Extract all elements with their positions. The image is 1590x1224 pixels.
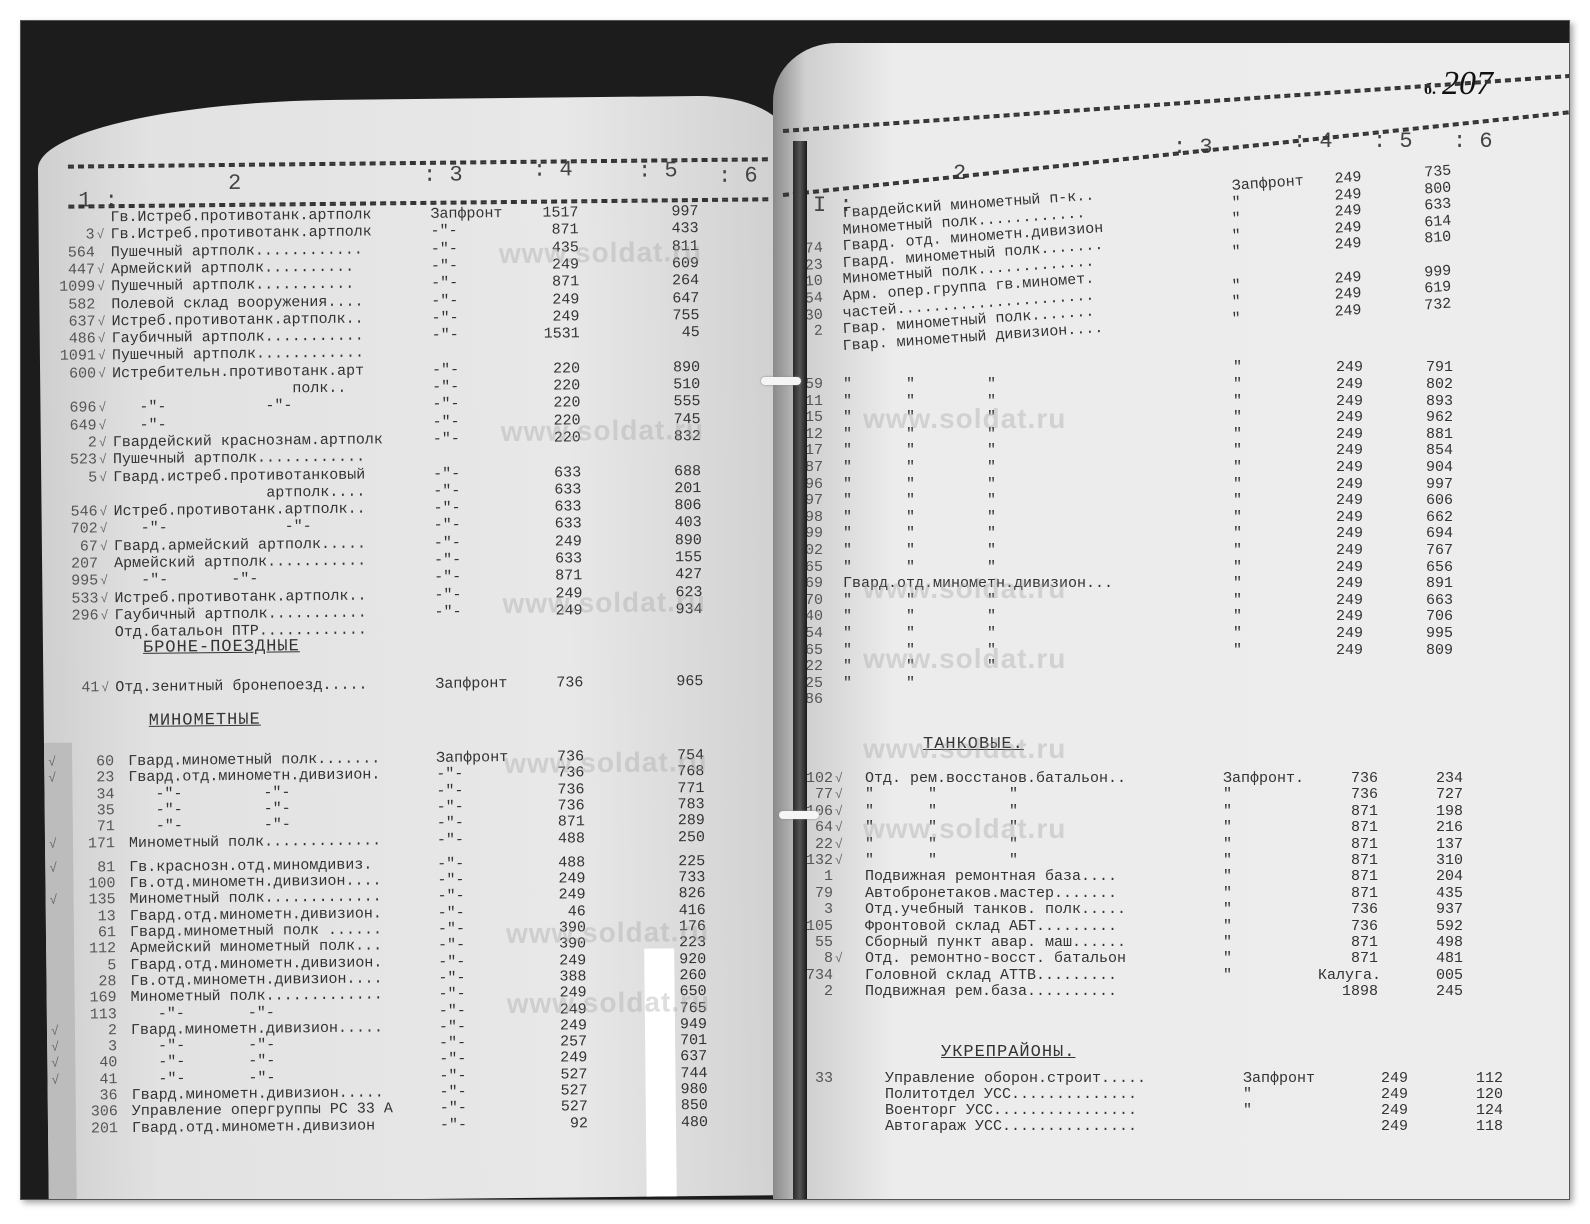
column-5-value: 250 — [645, 830, 705, 847]
column-4-value: 633 — [521, 482, 581, 499]
column-5-value: 416 — [646, 903, 706, 920]
column-5-value: 733 — [645, 870, 705, 887]
unit-name: Военторг УСС................ — [885, 1103, 1137, 1119]
column-5-value: 997 — [638, 204, 698, 221]
unit-name: Отд. рем.восстанов.батальон.. — [865, 771, 1126, 787]
table-row: 17" " ""249854 — [773, 443, 1570, 459]
unit-name: Подвижная рем.база.......... — [865, 984, 1117, 1000]
column-5-value: 791 — [1393, 360, 1453, 376]
check-mark: √ — [835, 787, 843, 803]
column-4-value: 871 — [1318, 886, 1378, 902]
location: Запфронт. — [1223, 771, 1304, 787]
col-header-4: : 4 — [533, 157, 573, 182]
section-title-tank: ТАНКОВЫЕ. — [923, 735, 1024, 754]
row-number: 77 — [783, 787, 833, 803]
unit-name: " " " — [843, 626, 996, 642]
location: -"- — [432, 328, 459, 344]
column-5-value: 980 — [648, 1082, 708, 1099]
column-5-value: 802 — [1393, 377, 1453, 393]
column-5-value: 264 — [639, 273, 699, 290]
location: -"- — [433, 414, 460, 430]
right-page: б.207 I : 2 : 3 : 4 : 5 : 6 Гвардейский … — [773, 43, 1570, 1200]
unit-name: Отд.учебный танков. полк..... — [865, 902, 1126, 918]
column-5-value: 854 — [1393, 443, 1453, 459]
column-4-value: Калуга. — [1318, 968, 1378, 984]
unit-name: Полевой склад вооружения.... — [111, 294, 363, 313]
row-number: 22 — [783, 837, 833, 853]
column-4-value: 249 — [1303, 360, 1363, 376]
row-number: 169 — [67, 990, 117, 1007]
col-header-2: 2 — [228, 171, 241, 196]
column-4-value: 249 — [527, 1018, 587, 1035]
location: " — [1231, 228, 1241, 245]
row-number: 1091 — [46, 349, 96, 366]
table-row: 12" " ""249881 — [773, 427, 1570, 443]
table-row: 105Фронтовой склад АБТ........."736592 — [773, 919, 1570, 935]
column-5-value: 137 — [1403, 837, 1463, 853]
row-number: 600 — [46, 366, 96, 383]
row-number: 533 — [48, 591, 98, 608]
unit-name: " " " — [843, 477, 996, 493]
unit-name: Фронтовой склад АБТ......... — [865, 919, 1117, 935]
check-mark: √ — [101, 608, 109, 624]
column-4-value: 736 — [524, 766, 584, 783]
row-number: 41 — [67, 1072, 117, 1089]
column-5-value — [640, 342, 700, 343]
row-number: 5 — [47, 470, 97, 487]
col-header-3: : 3 — [423, 163, 463, 188]
column-5-value: 118 — [1443, 1119, 1503, 1135]
unit-name: " " " — [843, 427, 996, 443]
column-5-value: 234 — [1403, 771, 1463, 787]
location: -"- — [440, 1085, 467, 1101]
column-4-value: 249 — [1348, 1071, 1408, 1087]
column-4-value: 249 — [1303, 576, 1363, 592]
check-mark: √ — [48, 755, 56, 771]
row-number: 296 — [49, 608, 99, 625]
column-5-value — [641, 446, 701, 447]
table-row: Автогараж УСС...............249118 — [773, 1119, 1570, 1135]
table-row: 77√" " ""736727 — [773, 787, 1570, 803]
column-5-value: 498 — [1403, 935, 1463, 951]
location: " — [1233, 493, 1242, 509]
column-5-value: 694 — [1393, 526, 1453, 542]
check-mark: √ — [835, 820, 843, 836]
left-page: 1 : 2 : 3 : 4 : 5 : 6 Гв.Истреб.противот… — [37, 95, 798, 1200]
location: " — [1231, 195, 1241, 212]
column-4-value: 92 — [528, 1116, 588, 1133]
column-4-value: 871 — [1318, 853, 1378, 869]
column-4-value: 736 — [1318, 902, 1378, 918]
table-row: 97" " ""249606 — [773, 493, 1570, 509]
row-number: 132 — [783, 853, 833, 869]
column-5-value: 555 — [640, 394, 700, 411]
location: -"- — [431, 276, 458, 292]
location: -"- — [434, 518, 461, 534]
row-number: 207 — [48, 556, 98, 573]
column-4-value: 249 — [527, 1051, 587, 1068]
location: " — [1231, 245, 1241, 262]
table-row: 2Подвижная рем.база..........1898245 — [773, 984, 1570, 1000]
column-4-value: 736 — [523, 675, 583, 692]
column-4-value: 488 — [525, 855, 585, 872]
unit-name: Управление оборон.строит..... — [885, 1071, 1146, 1087]
row-number: 3 — [45, 228, 95, 245]
location: -"- — [431, 224, 458, 240]
location: " — [1233, 576, 1242, 592]
unit-name: " " " — [843, 526, 996, 542]
row-number: 486 — [46, 331, 96, 348]
column-4-value: 220 — [521, 430, 581, 447]
column-4-value: 249 — [1303, 443, 1363, 459]
row-number: 55 — [783, 935, 833, 951]
column-4-value: 388 — [526, 969, 586, 986]
column-4-value: 736 — [524, 749, 584, 766]
column-4-value: 249 — [1303, 626, 1363, 642]
column-5-value: 120 — [1443, 1087, 1503, 1103]
row-number: 60 — [64, 754, 114, 771]
row-number — [46, 383, 96, 384]
column-4-value: 871 — [522, 569, 582, 586]
column-5-value — [643, 619, 703, 620]
check-mark: √ — [100, 574, 108, 590]
check-mark: √ — [98, 349, 106, 365]
column-4-value: 249 — [1303, 460, 1363, 476]
location: -"- — [438, 922, 465, 938]
check-mark: √ — [97, 228, 105, 244]
unit-name: " " " — [843, 609, 996, 625]
location: -"- — [439, 1068, 466, 1084]
unit-name: " " " — [865, 837, 1018, 853]
column-5-value: 176 — [646, 919, 706, 936]
check-mark: √ — [99, 452, 107, 468]
unit-name: Политотдел УСС.............. — [885, 1087, 1137, 1103]
column-4-value: 249 — [1348, 1119, 1408, 1135]
column-4-value: 249 — [1303, 410, 1363, 426]
check-mark: √ — [51, 1024, 59, 1040]
unit-name: -"- -"- — [114, 519, 312, 537]
column-4-value: 249 — [1303, 560, 1363, 576]
location: -"- — [437, 799, 464, 815]
unit-name: " " " — [843, 560, 996, 576]
table-row: 3Отд.учебный танков. полк....."736937 — [773, 902, 1570, 918]
location: " — [1223, 968, 1232, 984]
column-4-value: 871 — [525, 814, 585, 831]
unit-name: " " " — [843, 593, 996, 609]
unit-name: Подвижная ремонтная база.... — [865, 869, 1117, 885]
location: -"- — [437, 832, 464, 848]
table-row: 354" " ""249995 — [773, 626, 1570, 642]
unit-name: Истреб.противотанк.артполк.. — [113, 502, 365, 521]
location: " — [1243, 1103, 1252, 1119]
column-4-value: 871 — [519, 274, 579, 291]
column-5-value: 656 — [1393, 560, 1453, 576]
check-mark: √ — [49, 836, 57, 852]
column-4-value: 220 — [520, 378, 580, 395]
row-number — [44, 210, 94, 211]
check-mark: √ — [99, 418, 107, 434]
column-4-value: 435 — [519, 240, 579, 257]
unit-name: Автобронетаков.мастер....... — [865, 886, 1117, 902]
location: -"- — [438, 905, 465, 921]
location: " — [1233, 443, 1242, 459]
column-5-value: 893 — [1393, 394, 1453, 410]
column-4-value: 1517 — [518, 205, 578, 222]
unit-name: Головной склад АТТВ......... — [865, 968, 1117, 984]
location: -"- — [440, 1101, 467, 1117]
location: -"- — [439, 1019, 466, 1035]
binding-string — [779, 811, 819, 819]
unit-name: Гв.Истреб.противотанк.артполк — [111, 225, 372, 244]
column-4-value: 871 — [1318, 935, 1378, 951]
table-row: 70" " ""249663 — [773, 593, 1570, 609]
row-number: 102 — [783, 771, 833, 787]
location: -"- — [431, 293, 458, 309]
column-4-value: 220 — [521, 413, 581, 430]
unit-name: -"- -"- — [112, 399, 292, 417]
column-5-value: 427 — [642, 567, 702, 584]
column-5-value: 45 — [640, 325, 700, 342]
location: " — [1243, 1087, 1252, 1103]
column-4-value: 249 — [1303, 493, 1363, 509]
column-5-value: 260 — [646, 968, 706, 985]
row-number: 447 — [45, 262, 95, 279]
table-row: 1Подвижная ремонтная база...."871204 — [773, 869, 1570, 885]
location: Запфронт — [430, 206, 502, 223]
column-5-value: 732 — [1391, 296, 1452, 316]
column-5-value: 592 — [1403, 919, 1463, 935]
check-mark: √ — [98, 366, 106, 382]
location: -"- — [433, 466, 460, 482]
column-5-value: 949 — [647, 1017, 707, 1034]
location: -"- — [434, 570, 461, 586]
unit-name: " " " — [843, 493, 996, 509]
column-4-value: 871 — [1318, 804, 1378, 820]
check-mark: √ — [835, 837, 843, 853]
unit-name: Гвард.истреб.противотанковый — [113, 467, 365, 486]
column-5-value: 124 — [1443, 1103, 1503, 1119]
column-4-value: 871 — [1318, 869, 1378, 885]
table-row: 55Сборный пункт авар. маш......"871498 — [773, 935, 1570, 951]
unit-name: Пушечный артполк........... — [111, 277, 354, 296]
row-number: 112 — [66, 941, 116, 958]
column-5-value: 771 — [644, 781, 704, 798]
column-4-value: 633 — [521, 499, 581, 516]
column-4-value: 46 — [526, 904, 586, 921]
row-number: 8 — [783, 951, 833, 967]
check-mark: √ — [51, 1072, 59, 1088]
unit-name: " " " — [843, 659, 996, 675]
row-number: 71 — [65, 819, 115, 836]
table-row: 22√" " ""871137 — [773, 837, 1570, 853]
table-row: 132√" " ""871310 — [773, 853, 1570, 869]
location: Запфронт — [1243, 1071, 1315, 1087]
column-5-value: 623 — [642, 585, 702, 602]
row-number: 546 — [47, 504, 97, 521]
table-row: 33Управление оборон.строит.....Запфронт2… — [773, 1071, 1570, 1087]
row-number: 3 — [67, 1039, 117, 1056]
column-4-value: 871 — [519, 223, 579, 240]
column-5-value: 480 — [648, 1115, 708, 1132]
section-title-armored-trains: БРОНЕ-ПОЕЗДНЫЕ — [143, 637, 300, 658]
column-5-value: 606 — [1393, 493, 1453, 509]
column-4-value: 871 — [1318, 837, 1378, 853]
row-number: 113 — [67, 1007, 117, 1024]
unit-name: " " " — [843, 394, 996, 410]
table-row: 25" " — [773, 676, 1570, 692]
column-5-value: 510 — [640, 377, 700, 394]
row-number: 564 — [45, 245, 95, 262]
row-number: 2 — [47, 435, 97, 452]
column-4-value: 736 — [1318, 787, 1378, 803]
unit-name: " " " — [865, 853, 1018, 869]
row-number: 5 — [66, 958, 116, 975]
column-4-value — [523, 620, 583, 621]
row-number — [47, 487, 97, 488]
row-number: 201 — [68, 1121, 118, 1138]
location: " — [1233, 609, 1242, 625]
column-5-value: 609 — [639, 256, 699, 273]
location: -"- — [435, 604, 462, 620]
column-5-value: 745 — [641, 412, 701, 429]
left-table: Гв.Истреб.противотанк.артполкЗапфронт151… — [37, 95, 787, 103]
column-5-value: 920 — [646, 952, 706, 969]
check-mark: √ — [100, 539, 108, 555]
unit-name: " " " — [865, 820, 1018, 836]
table-row: Военторг УСС................"249124 — [773, 1103, 1570, 1119]
check-mark: √ — [98, 331, 106, 347]
check-mark: √ — [835, 951, 843, 967]
column-5-value: 701 — [647, 1033, 707, 1050]
column-4-value: 249 — [525, 871, 585, 888]
unit-name: " " " — [843, 460, 996, 476]
row-number: 35 — [65, 803, 115, 820]
unit-name: " " " — [843, 643, 996, 659]
column-5-value: 744 — [647, 1066, 707, 1083]
column-4-value: 249 — [526, 888, 586, 905]
column-4-value: 249 — [522, 534, 582, 551]
scan-frame: 1 : 2 : 3 : 4 : 5 : 6 Гв.Истреб.противот… — [20, 20, 1570, 1200]
column-4-value: 633 — [521, 465, 581, 482]
column-4-value: 249 — [1348, 1103, 1408, 1119]
check-mark: √ — [97, 314, 105, 330]
table-row: 106√" " ""871198 — [773, 804, 1570, 820]
table-row: "249791 — [773, 360, 1570, 376]
column-4-value: 249 — [1303, 394, 1363, 410]
column-4-value: 736 — [524, 782, 584, 799]
table-row: 99" " ""249694 — [773, 526, 1570, 542]
table-row: 87" " ""249904 — [773, 460, 1570, 476]
unit-name: " " " — [843, 543, 996, 559]
column-4-value: 249 — [527, 1002, 587, 1019]
location: " — [1233, 394, 1242, 410]
check-mark: √ — [97, 279, 105, 295]
column-4-value: 527 — [528, 1100, 588, 1117]
column-5-value: 995 — [1393, 626, 1453, 642]
column-5-value: 310 — [1403, 853, 1463, 869]
unit-name: Армейский артполк........... — [114, 554, 366, 573]
row-number: 67 — [48, 539, 98, 556]
column-4-value: 220 — [520, 361, 580, 378]
column-5-value: 809 — [1393, 643, 1453, 659]
location: " — [1231, 311, 1241, 328]
row-number: 696 — [46, 401, 96, 418]
table-row: 102√Отд. рем.восстанов.батальон..Запфрон… — [773, 771, 1570, 787]
column-5-value: 663 — [1393, 593, 1453, 609]
column-4-value: 249 — [523, 603, 583, 620]
column-4-value: 249 — [1303, 609, 1363, 625]
location: " — [1223, 853, 1232, 869]
check-mark: √ — [99, 504, 107, 520]
table-row: 1734Головной склад АТТВ........."Калуга.… — [773, 968, 1570, 984]
row-number: 1099 — [45, 280, 95, 297]
location: " — [1223, 787, 1232, 803]
check-mark: √ — [100, 591, 108, 607]
row-number: 171 — [65, 836, 115, 853]
location: " — [1223, 935, 1232, 951]
table-row: 41√Отд.зенитный бронепоезд.....Запфронт7… — [43, 673, 793, 697]
column-5-value: 201 — [641, 481, 701, 498]
unit-name: Пушечный артполк............ — [112, 346, 364, 365]
column-5-value: 216 — [1403, 820, 1463, 836]
table-row: 11" " ""249893 — [773, 394, 1570, 410]
column-5-value: 223 — [646, 935, 706, 952]
row-number: 100 — [65, 876, 115, 893]
row-number: 33 — [783, 1071, 833, 1087]
column-5-value: 289 — [645, 813, 705, 830]
column-4-value: 249 — [519, 292, 579, 309]
table-row: 502" " ""249767 — [773, 543, 1570, 559]
location: Запфронт — [436, 750, 508, 767]
location: " — [1223, 919, 1232, 935]
column-5-value: 765 — [647, 1000, 707, 1017]
location: -"- — [440, 1117, 467, 1133]
unit-name: " " " — [843, 443, 996, 459]
column-5-value: 811 — [639, 239, 699, 256]
column-4-value: 249 — [1348, 1087, 1408, 1103]
column-4-value: 249 — [527, 985, 587, 1002]
column-5-value: 435 — [1403, 886, 1463, 902]
column-5-value: 768 — [644, 764, 704, 781]
column-4-value: 871 — [1318, 820, 1378, 836]
column-5-value: 481 — [1403, 951, 1463, 967]
column-4-value: 249 — [1301, 303, 1362, 323]
column-5-value: 767 — [1393, 543, 1453, 559]
location: " — [1231, 211, 1241, 228]
column-5-value: 890 — [642, 533, 702, 550]
binding-string — [761, 377, 801, 385]
location: " — [1233, 560, 1242, 576]
row-number: 135 — [66, 893, 116, 910]
check-mark: √ — [48, 771, 56, 787]
row-number: 523 — [47, 453, 97, 470]
row-number — [49, 626, 99, 627]
column-5-value: 937 — [1403, 902, 1463, 918]
unit-name: Сборный пункт авар. маш...... — [865, 935, 1126, 951]
location: -"- — [437, 873, 464, 889]
location: -"- — [436, 767, 463, 783]
table-row: 59" " ""249802 — [773, 377, 1570, 393]
table-row: 8√Отд. ремонтно-восст. батальон"871481 — [773, 951, 1570, 967]
table-row: 22" " " — [773, 659, 1570, 675]
location: -"- — [434, 553, 461, 569]
column-4-value: 249 — [1303, 477, 1363, 493]
book-spine — [793, 141, 807, 1200]
location: " — [1233, 593, 1242, 609]
row-number: 61 — [66, 925, 116, 942]
column-4-value: 390 — [526, 937, 586, 954]
section-title-fortified: УКРЕПРАЙОНЫ. — [941, 1043, 1075, 1062]
